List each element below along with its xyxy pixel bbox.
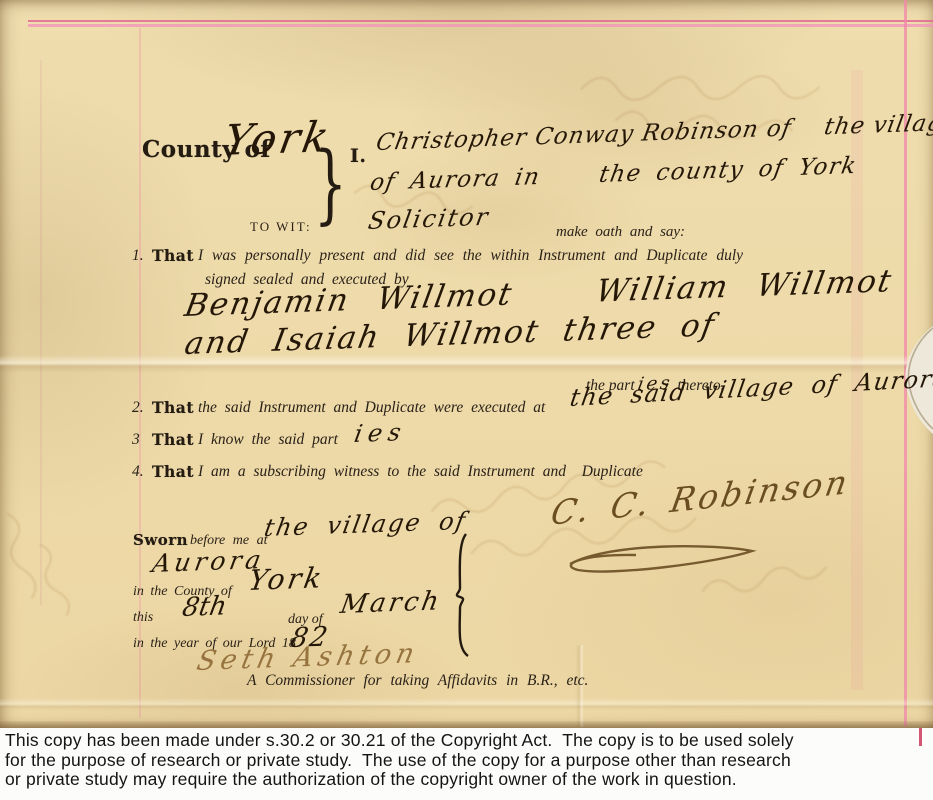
footer-red-tick <box>919 728 922 746</box>
item-1-that-label: That <box>152 246 194 265</box>
item-2-number: 2. <box>132 399 144 417</box>
deponent-pronoun: I. <box>350 145 367 167</box>
jurat-brace <box>450 532 474 660</box>
lower-fold-crease <box>0 698 933 710</box>
deponent-line-3: Solicitor <box>366 203 492 235</box>
jurat-day-value: 8th <box>180 591 229 623</box>
copyright-notice-line-2: for the purpose of research or private s… <box>0 751 933 771</box>
horizontal-fold-crease <box>0 355 933 373</box>
item-2-that-label: That <box>152 398 194 417</box>
jurat-this-label: this <box>133 610 153 626</box>
form-brace: } <box>314 136 347 232</box>
jurat-county-value: York <box>246 561 327 597</box>
item-1-number: 1. <box>132 247 144 265</box>
item-3-handwritten: ies <box>352 418 409 448</box>
signature-flourish <box>556 538 771 580</box>
oath-text: make oath and say: <box>556 224 685 241</box>
jurat-month-value: March <box>338 586 444 620</box>
item-2-text: the said Instrument and Duplicate were e… <box>198 399 545 417</box>
item-3-that-label: That <box>152 430 194 449</box>
copyright-notice-line-3: or private study may require the authori… <box>0 770 933 790</box>
item-4-text: I am a subscribing witness to the said I… <box>198 463 643 481</box>
item-4-number: 4. <box>132 463 144 481</box>
to-wit-label: TO WIT: <box>250 219 312 235</box>
item-1-text: I was personally present and did see the… <box>198 247 743 265</box>
copyright-notice-line-1: This copy has been made under s.30.2 or … <box>0 731 933 751</box>
commissioner-title: A Commissioner for taking Affidavits in … <box>247 672 588 690</box>
scanned-affidavit-page: County of York TO WIT: } I. Christopher … <box>0 0 933 800</box>
left-faint-margin-line <box>40 60 42 605</box>
item-3-text: I know the said part <box>198 431 338 449</box>
item-3-number: 3 <box>132 431 140 449</box>
top-ruled-line <box>28 20 933 27</box>
jurat-sworn-label: Sworn <box>133 531 188 549</box>
paper-bottom-edge <box>0 721 933 728</box>
item-4-that-label: That <box>152 462 194 481</box>
copyright-notice: This copy has been made under s.30.2 or … <box>0 728 933 800</box>
